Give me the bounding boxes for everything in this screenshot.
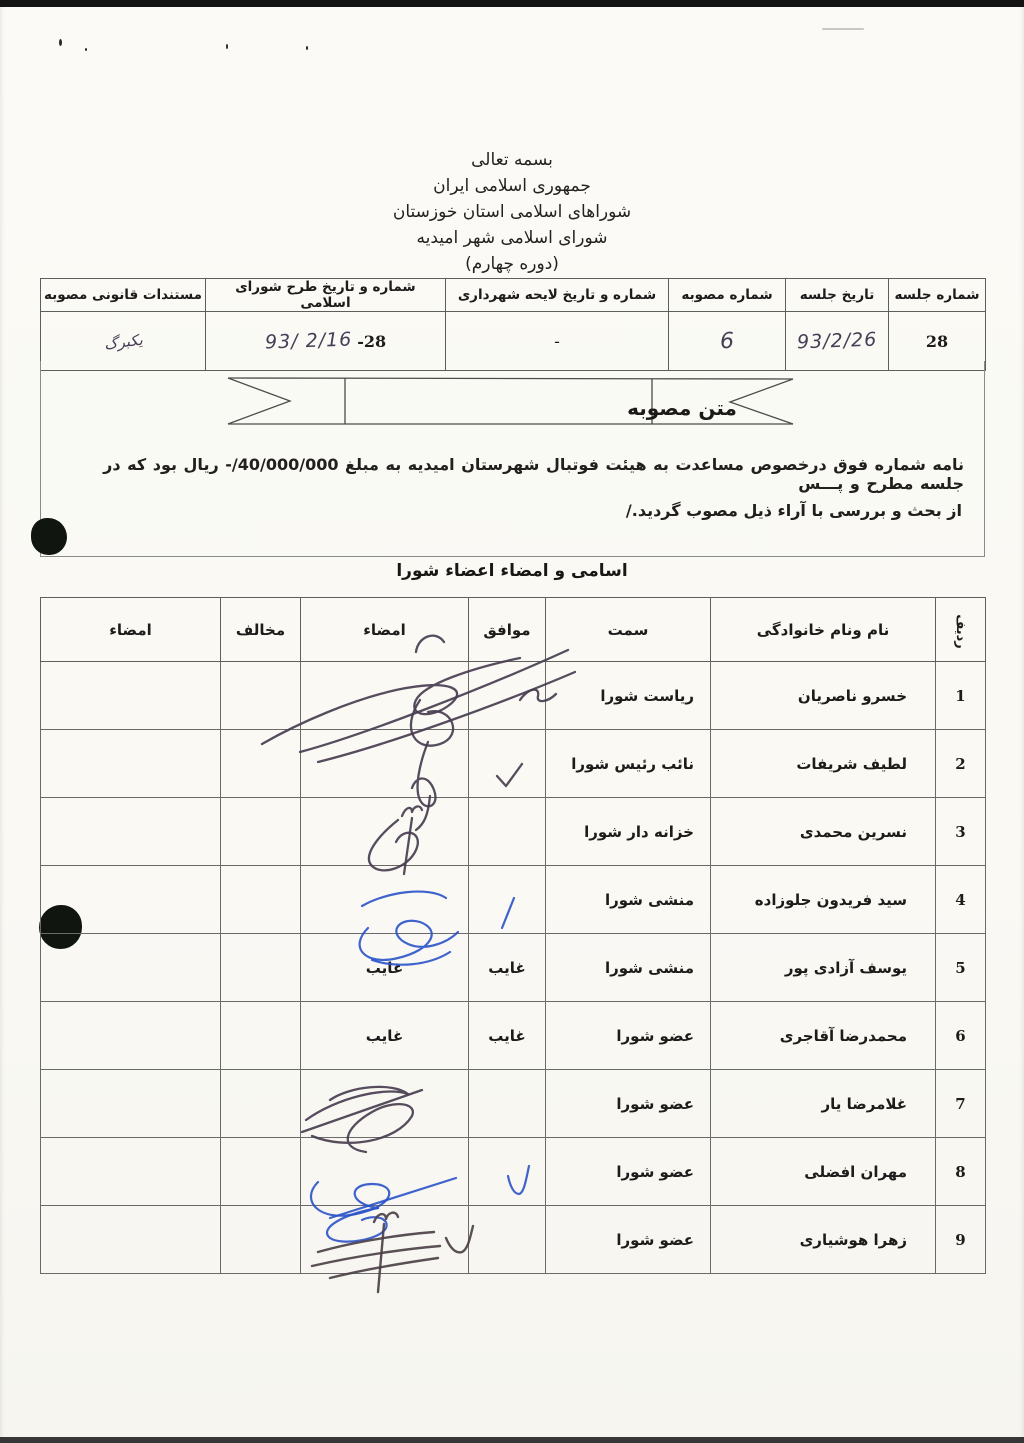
member-row: 9 زهرا هوشیاری عضو شورا bbox=[41, 1206, 986, 1274]
letterhead-line: بسمه تعالی bbox=[0, 147, 1024, 173]
members-table: ردیف نام ونام خانوادگی سمت موافق امضاء م… bbox=[40, 597, 986, 1274]
signature-cell-2 bbox=[41, 1206, 221, 1274]
member-name: محمدرضا آقاجری bbox=[711, 1002, 936, 1070]
resolution-text-line1: نامه شماره فوق درخصوص مساعدت به هیئت فوت… bbox=[61, 455, 964, 493]
members-header-row: ردیف نام ونام خانوادگی سمت موافق امضاء م… bbox=[41, 598, 986, 662]
agree-cell bbox=[469, 1206, 546, 1274]
letterhead: بسمه تعالی جمهوری اسلامی ایران شوراهای ا… bbox=[0, 147, 1024, 277]
agree-cell: غایب bbox=[469, 934, 546, 1002]
member-position: عضو شورا bbox=[546, 1070, 711, 1138]
member-row: 8 مهران افضلی عضو شورا bbox=[41, 1138, 986, 1206]
oppose-cell bbox=[221, 730, 301, 798]
scan-streak bbox=[822, 28, 864, 30]
member-no: 5 bbox=[936, 934, 986, 1002]
member-name: نسرین محمدی bbox=[711, 798, 936, 866]
member-row: 7 غلامرضا یار عضو شورا bbox=[41, 1070, 986, 1138]
meta-col-bill: شماره و تاریخ لایحه شهرداری bbox=[446, 279, 669, 312]
signature-cell bbox=[301, 866, 469, 934]
scan-speck bbox=[306, 46, 308, 50]
handwritten-legal-docs: یکبرگ bbox=[103, 330, 144, 353]
col-agree: موافق bbox=[469, 598, 546, 662]
member-no: 9 bbox=[936, 1206, 986, 1274]
member-position: عضو شورا bbox=[546, 1002, 711, 1070]
member-no: 3 bbox=[936, 798, 986, 866]
member-name: مهران افضلی bbox=[711, 1138, 936, 1206]
signature-cell-2 bbox=[41, 1070, 221, 1138]
signature-cell-2 bbox=[41, 1002, 221, 1070]
signature-cell bbox=[301, 798, 469, 866]
oppose-cell bbox=[221, 1206, 301, 1274]
letterhead-line: جمهوری اسلامی ایران bbox=[0, 173, 1024, 199]
plan-number: -28 bbox=[357, 332, 386, 351]
member-name: خسرو ناصریان bbox=[711, 662, 936, 730]
signature-cell-2 bbox=[41, 934, 221, 1002]
oppose-cell bbox=[221, 798, 301, 866]
member-name: یوسف آزادی پور bbox=[711, 934, 936, 1002]
member-position: منشی شورا bbox=[546, 934, 711, 1002]
member-no: 1 bbox=[936, 662, 986, 730]
oppose-cell bbox=[221, 1002, 301, 1070]
signature-cell: غایب bbox=[301, 934, 469, 1002]
member-row: 5 یوسف آزادی پور منشی شورا غایب غایب bbox=[41, 934, 986, 1002]
meta-col-plan: شماره و تاریخ طرح شورای اسلامی bbox=[206, 279, 446, 312]
handwritten-session-date: 93/2/26 bbox=[797, 329, 878, 354]
meta-col-session-date: تاریخ جلسه bbox=[786, 279, 889, 312]
letterhead-line: (دوره چهارم) bbox=[0, 251, 1024, 277]
session-meta-table: شماره جلسه تاریخ جلسه شماره مصوبه شماره … bbox=[40, 278, 986, 371]
oppose-cell bbox=[221, 662, 301, 730]
signature-cell bbox=[301, 730, 469, 798]
meta-col-resolution-no: شماره مصوبه bbox=[669, 279, 786, 312]
signature-cell-2 bbox=[41, 1138, 221, 1206]
signature-cell-2 bbox=[41, 798, 221, 866]
col-signature-2: امضاء bbox=[41, 598, 221, 662]
member-no: 2 bbox=[936, 730, 986, 798]
signature-cell-2 bbox=[41, 662, 221, 730]
member-position: عضو شورا bbox=[546, 1206, 711, 1274]
resolution-banner-title: متن مصوبه bbox=[522, 396, 842, 420]
scan-edge-top bbox=[0, 0, 1024, 7]
member-name: غلامرضا یار bbox=[711, 1070, 936, 1138]
signature-cell-2 bbox=[41, 730, 221, 798]
member-position: منشی شورا bbox=[546, 866, 711, 934]
col-row-no: ردیف bbox=[936, 598, 986, 662]
scan-speck bbox=[226, 44, 228, 49]
letterhead-line: شورای اسلامی شهر امیدیه bbox=[0, 225, 1024, 251]
letterhead-line: شوراهای اسلامی استان خوزستان bbox=[0, 199, 1024, 225]
meta-col-legal-docs: مستندات قانونی مصوبه bbox=[41, 279, 206, 312]
signature-cell bbox=[301, 1070, 469, 1138]
member-position: نائب رئیس شورا bbox=[546, 730, 711, 798]
members-section-title: اسامی و امضاء اعضاء شورا bbox=[0, 561, 1024, 581]
member-row: 4 سید فریدون جلوزاده منشی شورا bbox=[41, 866, 986, 934]
oppose-cell bbox=[221, 934, 301, 1002]
member-no: 6 bbox=[936, 1002, 986, 1070]
agree-cell bbox=[469, 1138, 546, 1206]
oppose-cell bbox=[221, 866, 301, 934]
agree-cell bbox=[469, 1070, 546, 1138]
member-no: 8 bbox=[936, 1138, 986, 1206]
signature-cell: غایب bbox=[301, 1002, 469, 1070]
signature-cell bbox=[301, 1138, 469, 1206]
member-no: 7 bbox=[936, 1070, 986, 1138]
resolution-text-line2: از بحث و بررسی با آراء ذیل مصوب گردید./ bbox=[626, 501, 962, 520]
resolution-box: متن مصوبه نامه شماره فوق درخصوص مساعدت ب… bbox=[40, 361, 985, 557]
member-row: 2 لطیف شریفات نائب رئیس شورا bbox=[41, 730, 986, 798]
member-position: خزانه دار شورا bbox=[546, 798, 711, 866]
agree-cell bbox=[469, 866, 546, 934]
scan-speck bbox=[85, 48, 87, 51]
scan-edge-bottom bbox=[0, 1437, 1024, 1443]
signature-cell bbox=[301, 662, 469, 730]
member-name: زهرا هوشیاری bbox=[711, 1206, 936, 1274]
meta-col-session-no: شماره جلسه bbox=[889, 279, 986, 312]
signature-cell-2 bbox=[41, 866, 221, 934]
oppose-cell bbox=[221, 1138, 301, 1206]
member-row: 3 نسرین محمدی خزانه دار شورا bbox=[41, 798, 986, 866]
col-position: سمت bbox=[546, 598, 711, 662]
scanned-document-page: بسمه تعالی جمهوری اسلامی ایران شوراهای ا… bbox=[0, 0, 1024, 1443]
member-position: عضو شورا bbox=[546, 1138, 711, 1206]
member-position: ریاست شورا bbox=[546, 662, 711, 730]
member-row: 6 محمدرضا آقاجری عضو شورا غایب غایب bbox=[41, 1002, 986, 1070]
handwritten-plan-date: 93/ 2/16 bbox=[264, 328, 352, 353]
col-full-name: نام ونام خانوادگی bbox=[711, 598, 936, 662]
agree-cell: غایب bbox=[469, 1002, 546, 1070]
amount-value: -/40/000/000 bbox=[225, 455, 338, 474]
col-signature: امضاء bbox=[301, 598, 469, 662]
member-name: لطیف شریفات bbox=[711, 730, 936, 798]
member-name: سید فریدون جلوزاده bbox=[711, 866, 936, 934]
member-row: 1 خسرو ناصریان ریاست شورا bbox=[41, 662, 986, 730]
oppose-cell bbox=[221, 1070, 301, 1138]
col-oppose: مخالف bbox=[221, 598, 301, 662]
agree-cell bbox=[469, 730, 546, 798]
hole-punch-mark bbox=[31, 518, 67, 555]
signature-cell bbox=[301, 1206, 469, 1274]
agree-cell bbox=[469, 798, 546, 866]
member-no: 4 bbox=[936, 866, 986, 934]
resolution-banner-ribbon: متن مصوبه bbox=[222, 372, 799, 430]
scan-speck bbox=[59, 39, 62, 46]
handwritten-resolution-no: 6 bbox=[719, 328, 735, 354]
agree-cell bbox=[469, 662, 546, 730]
